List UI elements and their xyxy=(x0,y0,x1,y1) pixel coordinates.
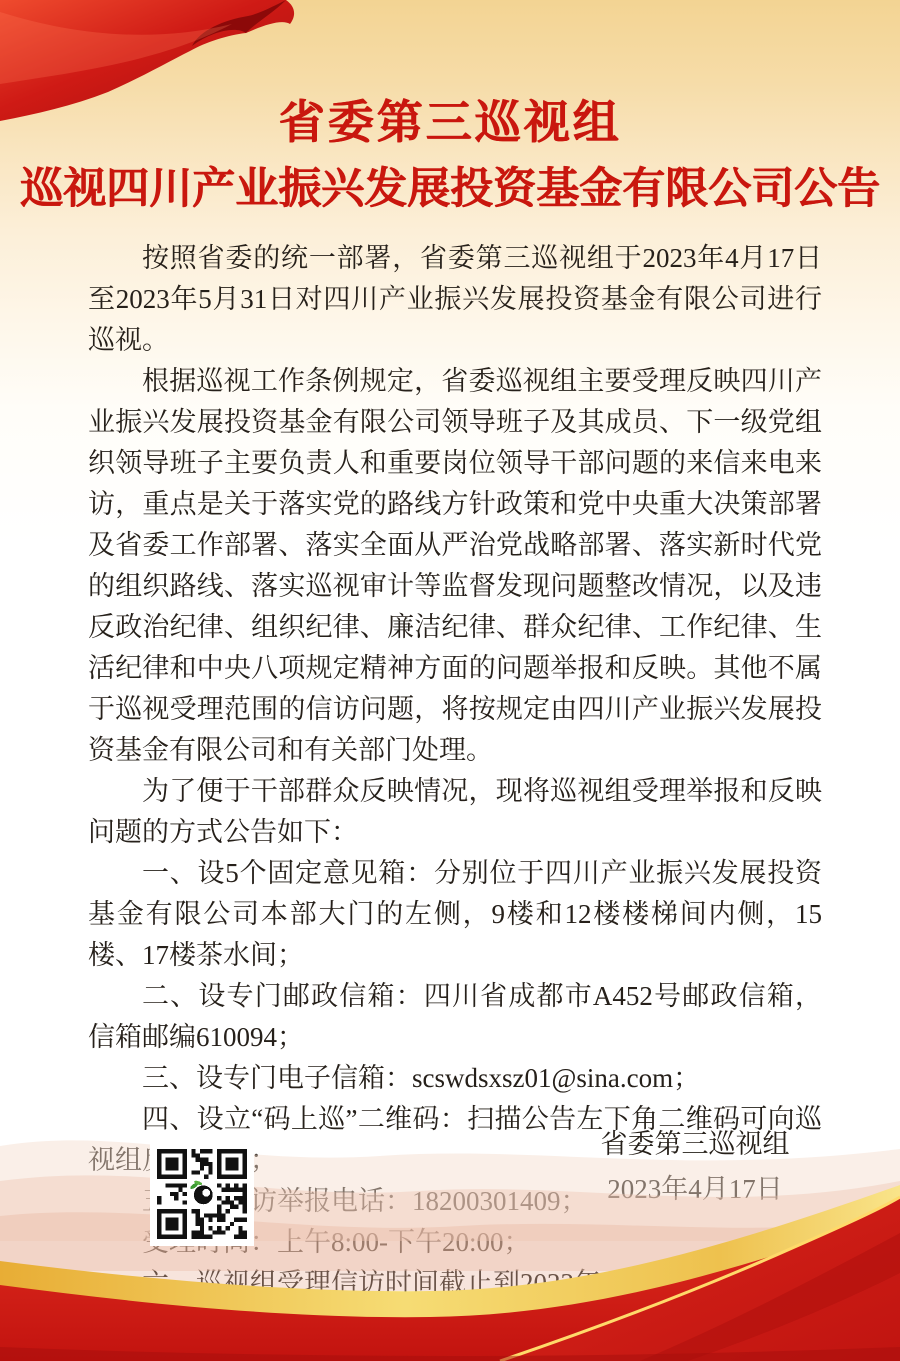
paragraph-item-2-mailbox: 二、设专门邮政信箱：四川省成都市A452号邮政信箱，信箱邮编610094； xyxy=(88,976,822,1058)
announcement-poster: 省委第三巡视组 巡视四川产业振兴发展投资基金有限公司公告 按照省委的统一部署，省… xyxy=(0,0,900,1361)
bottom-wave-decoration xyxy=(0,1121,900,1361)
paragraph-item-1-boxes: 一、设5个固定意见箱：分别位于四川产业振兴发展投资基金有限公司本部大门的左侧，9… xyxy=(88,853,822,976)
panda-logo xyxy=(189,1180,216,1208)
paragraph-scope: 根据巡视工作条例规定，省委巡视组主要受理反映四川产业振兴发展投资基金有限公司领导… xyxy=(88,361,822,771)
paragraph-methods-intro: 为了便于干部群众反映情况，现将巡视组受理举报和反映问题的方式公告如下： xyxy=(88,771,822,853)
qr-code xyxy=(150,1142,254,1246)
page-title: 省委第三巡视组 xyxy=(0,86,900,152)
page-subtitle: 巡视四川产业振兴发展投资基金有限公司公告 xyxy=(0,155,900,216)
paragraph-intro: 按照省委的统一部署，省委第三巡视组于2023年4月17日至2023年5月31日对… xyxy=(88,238,822,361)
paragraph-item-3-email: 三、设专门电子信箱：scswdsxsz01@sina.com； xyxy=(88,1058,822,1099)
